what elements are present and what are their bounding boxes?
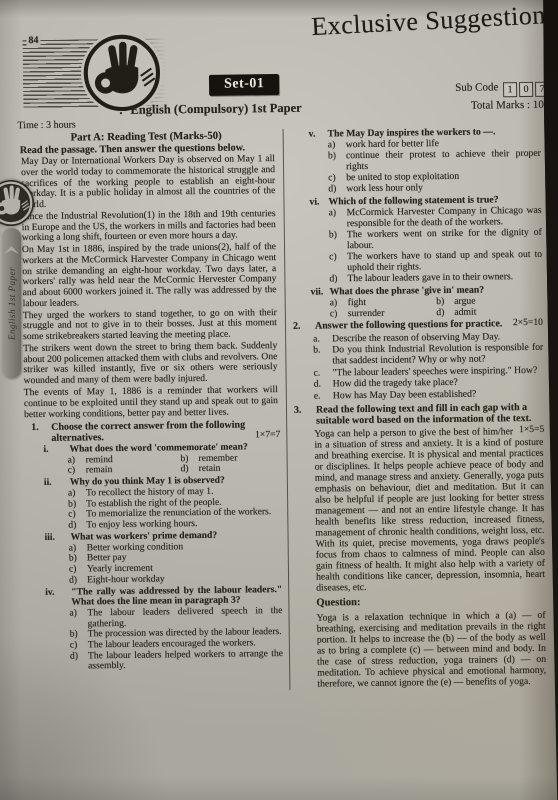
option-letter: d) bbox=[68, 520, 76, 531]
mcq-options: a)The labour leaders delivered speech in… bbox=[21, 606, 283, 673]
option-letter: a) bbox=[330, 297, 338, 308]
sidebar-hand-logo-icon bbox=[0, 180, 34, 226]
reading-passage: May Day or International Workers Day is … bbox=[16, 154, 280, 420]
sub-code-digit-box: 7 bbox=[535, 82, 549, 97]
option-letter: a) bbox=[328, 139, 336, 150]
paper-title-text: English (Compulsory) 1st Paper bbox=[130, 101, 301, 117]
option-text: remind bbox=[86, 454, 113, 465]
question-3-heading: 3. Read the following text and fill in e… bbox=[292, 402, 544, 428]
option-text: Eight-hour workday bbox=[87, 573, 165, 585]
item-text: How has May Day been established? bbox=[333, 389, 477, 402]
mcq-item-iv: iv."The rally was addressed by the labou… bbox=[21, 585, 283, 673]
mcq-number: i. bbox=[43, 445, 48, 456]
practice-question: b.Do you think Industrial Revolution is … bbox=[291, 342, 543, 367]
passage-paragraph: The events of May 1, 1886 is a reminder … bbox=[19, 385, 280, 420]
option-text: remain bbox=[86, 464, 113, 475]
mcq-item-vii: vii.What does the phrase 'give in' mean?… bbox=[291, 283, 543, 319]
option-text: argue bbox=[454, 295, 475, 306]
set-badge: Set-01 bbox=[209, 74, 280, 96]
right-column: v.The May Day inspires the workers to —.… bbox=[283, 126, 548, 690]
item-text: How did the tragedy take place? bbox=[333, 377, 458, 390]
question-label: Question: bbox=[294, 595, 546, 610]
option-text: The labour leaders delivered speech in t… bbox=[87, 605, 282, 629]
option-letter: b) bbox=[436, 296, 444, 307]
passage-paragraph: May Day or International Workers Day is … bbox=[16, 154, 278, 210]
sub-code: Sub Code 107 bbox=[455, 81, 549, 98]
option-letter: d) bbox=[436, 307, 444, 318]
question-number: 2. bbox=[293, 321, 301, 332]
mcq-number: vii. bbox=[311, 286, 324, 297]
page-content: Exclusive Suggestion 84 Set-01 .English … bbox=[0, 0, 558, 800]
option-text: The labour leaders gave in to their owne… bbox=[347, 271, 513, 284]
option-text: McCormick Harvester Company in Chicago w… bbox=[347, 205, 542, 229]
option-text: surrender bbox=[348, 307, 385, 318]
mcq-option: d)retain bbox=[181, 463, 281, 475]
option-letter: a) bbox=[69, 608, 77, 619]
page-number: 84 bbox=[26, 35, 40, 46]
sidebar-bookmark-tab: English 1st Paper bbox=[0, 180, 34, 378]
total-marks: Total Marks : 100 bbox=[471, 99, 550, 112]
option-letter: b) bbox=[328, 150, 336, 161]
mcq-options: a)work hard for better lifeb)continue th… bbox=[289, 137, 542, 195]
passage-paragraph: The strikers went down the street to bri… bbox=[18, 341, 280, 387]
item-letter: b. bbox=[313, 345, 320, 356]
left-column: Part A: Reading Test (Marks-50) Read the… bbox=[16, 129, 287, 693]
option-text: work less hour only bbox=[346, 182, 423, 194]
marks-badge: 2×5=10 bbox=[507, 318, 543, 329]
option-letter: a) bbox=[329, 207, 337, 218]
item-letter: a. bbox=[313, 333, 320, 344]
sub-code-digit-box: 0 bbox=[519, 82, 533, 97]
bullet-mark: . bbox=[119, 103, 122, 117]
gap-filling-passage: Yoga can help a person to give the best … bbox=[292, 426, 546, 595]
option-text: The workers went on strike for the digni… bbox=[347, 227, 542, 251]
mcq-item-vi: vi.Which of the following statement is t… bbox=[289, 194, 542, 285]
question-text: Choose the correct answer from the follo… bbox=[51, 419, 245, 443]
question-number: 3. bbox=[294, 405, 302, 416]
option-text: remember bbox=[198, 452, 237, 463]
option-text: The labour leaders helped workers to arr… bbox=[88, 648, 283, 672]
mcq-options: a)To recollect the history of may 1.b)To… bbox=[20, 486, 282, 532]
option-letter: d) bbox=[69, 575, 77, 586]
mcq-options: a)Better working conditionb)Better payc)… bbox=[21, 541, 283, 587]
item-letter: d. bbox=[314, 379, 321, 390]
mcq-number: vi. bbox=[309, 196, 319, 207]
mcq-option: c)remain bbox=[68, 464, 181, 476]
sub-code-boxes: 107 bbox=[501, 81, 549, 94]
mcq-option: d)The labour leaders gave in to their ow… bbox=[290, 271, 542, 285]
option-text: To enjoy less working hours. bbox=[86, 518, 197, 530]
item-letter: e. bbox=[314, 390, 321, 401]
mcq-number: iii. bbox=[44, 533, 55, 544]
sidebar-ribbon: English 1st Paper bbox=[2, 228, 21, 378]
question-text: Read the following text and fill in each… bbox=[316, 402, 532, 427]
option-letter: d) bbox=[329, 273, 337, 284]
mcq-question-text: "The rally was addressed by the labour l… bbox=[71, 584, 282, 608]
passage-paragraph: Since the Industrial Revolution(1) in th… bbox=[17, 209, 278, 244]
mcq-item-i: i.What does the word 'commemorate' mean?… bbox=[19, 442, 280, 477]
question-2-items: a.Describe the reason of observing May D… bbox=[291, 330, 544, 401]
option-text: fight bbox=[348, 297, 366, 308]
mcq-number: iv. bbox=[45, 587, 54, 598]
option-letter: c) bbox=[330, 308, 338, 319]
marks-badge: 1×5=5 bbox=[513, 425, 544, 436]
passage-paragraph: On May 1st in 1886, inspired by the trad… bbox=[17, 242, 279, 309]
cloze-text: Yoga is a relaxation technique in which … bbox=[294, 609, 547, 689]
option-letter: d) bbox=[70, 651, 78, 662]
practice-question: e.How has May Day been established? bbox=[292, 388, 544, 402]
mcq-option: c)surrender bbox=[330, 307, 437, 319]
two-column-body: Part A: Reading Test (Marks-50) Read the… bbox=[16, 126, 553, 693]
scanned-exam-page: Exclusive Suggestion 84 Set-01 .English … bbox=[0, 0, 558, 800]
sidebar-tab-label: English 1st Paper bbox=[7, 267, 17, 340]
mcq-options: a)McCormick Harvester Company in Chicago… bbox=[290, 205, 543, 285]
page-title: Exclusive Suggestion bbox=[311, 0, 547, 42]
paper-title: .English (Compulsory) 1st Paper bbox=[119, 101, 301, 118]
option-letter: d) bbox=[181, 464, 189, 475]
option-text: retain bbox=[199, 463, 221, 474]
option-letter: b) bbox=[329, 229, 337, 240]
mcq-option: b)continue their protest to achieve thei… bbox=[289, 148, 541, 173]
question-number: 1. bbox=[31, 422, 39, 433]
item-letter: c. bbox=[313, 367, 320, 378]
passage-paragraph: They urged the workers to stand together… bbox=[18, 308, 279, 343]
sub-code-label: Sub Code bbox=[455, 81, 498, 94]
option-letter: d) bbox=[328, 184, 336, 195]
marks-badge: 1×7=7 bbox=[249, 430, 280, 441]
mcq-option: b)The workers went on strike for the dig… bbox=[290, 227, 542, 252]
mcq-option: d)The labour leaders helped workers to a… bbox=[22, 649, 283, 673]
option-text: The workers have to stand up and speak o… bbox=[347, 249, 542, 273]
mcq-item-iii: iii.What was workers' prime demand? a)Be… bbox=[20, 530, 282, 586]
question-1-heading: 1. Choose the correct answer from the fo… bbox=[19, 419, 280, 444]
option-text: admit bbox=[454, 306, 476, 317]
mcq-option: d)admit bbox=[436, 306, 543, 318]
option-letter: c) bbox=[328, 173, 336, 184]
time-allowed: Time : 3 hours bbox=[17, 119, 75, 131]
option-text: continue their protest to achieve their … bbox=[346, 148, 541, 172]
mcq-options: a)fightb)arguec)surrenderd)admit bbox=[291, 295, 543, 320]
option-text: Better working condition bbox=[87, 541, 184, 553]
mcq-option: a)McCormick Harvester Company in Chicago… bbox=[290, 205, 542, 230]
mcq-item-ii: ii.Why do you think May 1 is observed? a… bbox=[20, 475, 282, 531]
option-letter: c) bbox=[68, 466, 76, 477]
sub-code-digit-box: 1 bbox=[503, 82, 517, 97]
mcq-number: ii. bbox=[44, 478, 52, 489]
question-text: Answer the following questions for pract… bbox=[315, 319, 503, 332]
mcq-item-v: v.The May Day inspires the workers to —.… bbox=[289, 126, 542, 195]
mcq-number: v. bbox=[309, 129, 316, 140]
item-text: Do you think Industrial Revolution is re… bbox=[332, 342, 543, 367]
mcq-options: a)remindb)rememberc)remaind)retain bbox=[20, 453, 281, 477]
mcq-option: c)The workers have to stand up and speak… bbox=[290, 249, 542, 274]
option-letter: c) bbox=[329, 251, 337, 262]
